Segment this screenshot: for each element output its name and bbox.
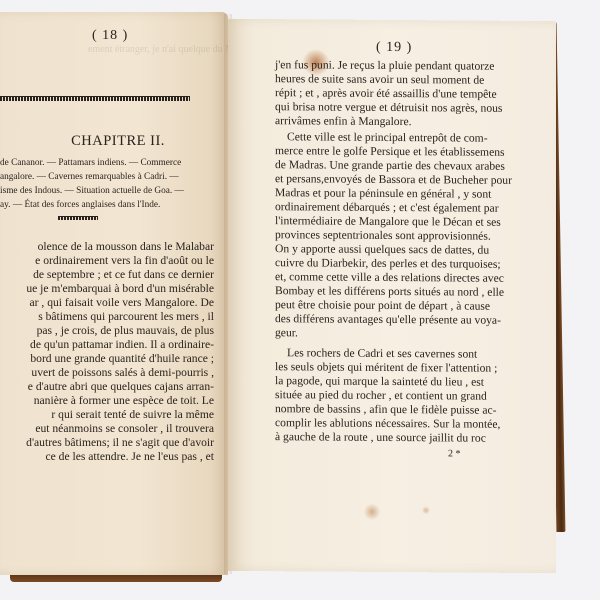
book-photo: ement étranger, je n'ai quelque du Ma ( … xyxy=(0,0,600,600)
text-line: provinces septentrionales sont approvisi… xyxy=(275,229,491,242)
left-page: ement étranger, je n'ai quelque du Ma ( … xyxy=(0,12,228,575)
text-line: j'en fus puni. Je reçus la pluie pendant… xyxy=(275,59,494,72)
header-rule xyxy=(0,96,190,101)
text-line: et persans,envoyés de Bassora et de Buch… xyxy=(275,173,512,186)
foxing-stain xyxy=(364,504,380,520)
text-line: à gauche de la route , une source jailli… xyxy=(275,431,486,444)
text-line: s bâtimens qui parcourent les mers , il xyxy=(0,311,214,323)
text-line: de qu'un pattamar indien. Il a ordinaire… xyxy=(0,339,214,351)
summary-line: isme des Indous. — Situation actuelle de… xyxy=(0,187,184,196)
text-line: de septembre ; et ce fut dans ce dernier xyxy=(0,269,214,281)
bleed-through-text: ement étranger, je n'ai quelque du Ma xyxy=(88,44,228,55)
text-line: des différens avantages qu'elle présente… xyxy=(275,313,501,326)
text-line: complir les ablutions nécessaires. Sur l… xyxy=(275,417,500,430)
text-line: répit ; et , après avoir été assaillis d… xyxy=(275,87,497,100)
text-line: d'autres bâtimens; il ne s'agit que d'av… xyxy=(0,437,214,449)
text-line: heures de suite sans avoir un seul momen… xyxy=(275,73,484,86)
text-line: ar , qui faisait voile vers Mangalore. D… xyxy=(0,297,214,309)
text-line: bord une grande quantité d'huile rance ; xyxy=(0,353,214,365)
summary-line: angalore. — Cavernes remarquables à Cadr… xyxy=(0,173,179,182)
signature-mark: 2 * xyxy=(448,448,461,459)
text-line: pas , je crois, de plus mauvais, de plus xyxy=(0,325,214,337)
text-line: uvert de poissons salés à demi-pourris , xyxy=(0,367,214,379)
text-line: Cette ville est le principal entrepôt de… xyxy=(287,131,488,144)
text-line: merce entre le golfe Persique et les éta… xyxy=(275,145,505,158)
text-line: Bombay et les différens ports situés au … xyxy=(275,285,504,298)
text-line: Madras et pour la péninsule en général ,… xyxy=(275,187,491,200)
summary-line: ay. — État des forces anglaises dans l'I… xyxy=(0,201,160,210)
text-line: nombre de bassins , afin que le fidèle p… xyxy=(275,403,497,416)
text-line: et, comme cette ville a des relations di… xyxy=(275,271,504,284)
text-line: e ordinairement vers la fin d'août ou le xyxy=(0,255,214,267)
text-line: On y apporte aussi quelques sacs de datt… xyxy=(275,243,489,256)
text-line: ue je m'embarquai à bord d'un misérable xyxy=(0,283,214,295)
foxing-stain xyxy=(422,506,430,514)
summary-line: de Cananor. — Pattamars indiens. — Comme… xyxy=(0,159,181,168)
text-line: nanière à former une espèce de toit. Le xyxy=(0,395,214,407)
right-page-body: j'en fus puni. Je reçus la pluie pendant… xyxy=(228,19,556,21)
text-line: située au pied du rocher , et contient u… xyxy=(275,389,487,402)
text-line: e d'autre abri que quelques cajans arran… xyxy=(0,381,214,393)
text-line: les seuls objets qui méritent de fixer l… xyxy=(275,361,497,374)
chapter-heading: CHAPITRE II. xyxy=(43,133,193,150)
text-line: peut être choisie pour point de départ ,… xyxy=(275,299,490,312)
text-line: cuivre du Diarbekir, des perles et des t… xyxy=(275,257,501,270)
text-line: ce de les attendre. Je ne l'eus pas , et xyxy=(0,451,214,463)
text-line: ordinairement débarqués ; et c'est égale… xyxy=(275,201,499,214)
text-line: geur. xyxy=(275,327,298,339)
text-line: la pagode, qui marque la sainteté du lie… xyxy=(275,375,484,388)
text-line: arrivâmes enfin à Mangalore. xyxy=(275,115,412,128)
text-line: qui brisa notre vergue et détruisit nos … xyxy=(275,101,502,114)
text-line: Les rochers de Cadri et ses cavernes son… xyxy=(287,347,477,360)
page-number-right: ( 19 ) xyxy=(376,40,412,56)
text-line: olence de la mousson dans le Malabar xyxy=(0,241,214,253)
text-line: l'intermédiaire de Mangalore que le Déca… xyxy=(275,215,501,228)
right-page: ( 19 ) j'en fus puni. Je reçus la pluie … xyxy=(228,19,556,573)
book-cover-edge-bottom xyxy=(10,574,222,582)
text-line: de Madras. Une grande partie des chevaux… xyxy=(275,159,505,172)
text-line: r qui serait tenté de suivre la même xyxy=(0,409,214,421)
page-number-left: ( 18 ) xyxy=(92,28,128,44)
ornamental-divider xyxy=(58,216,98,220)
text-line: eut néanmoins se consoler , il trouvera xyxy=(0,423,214,435)
